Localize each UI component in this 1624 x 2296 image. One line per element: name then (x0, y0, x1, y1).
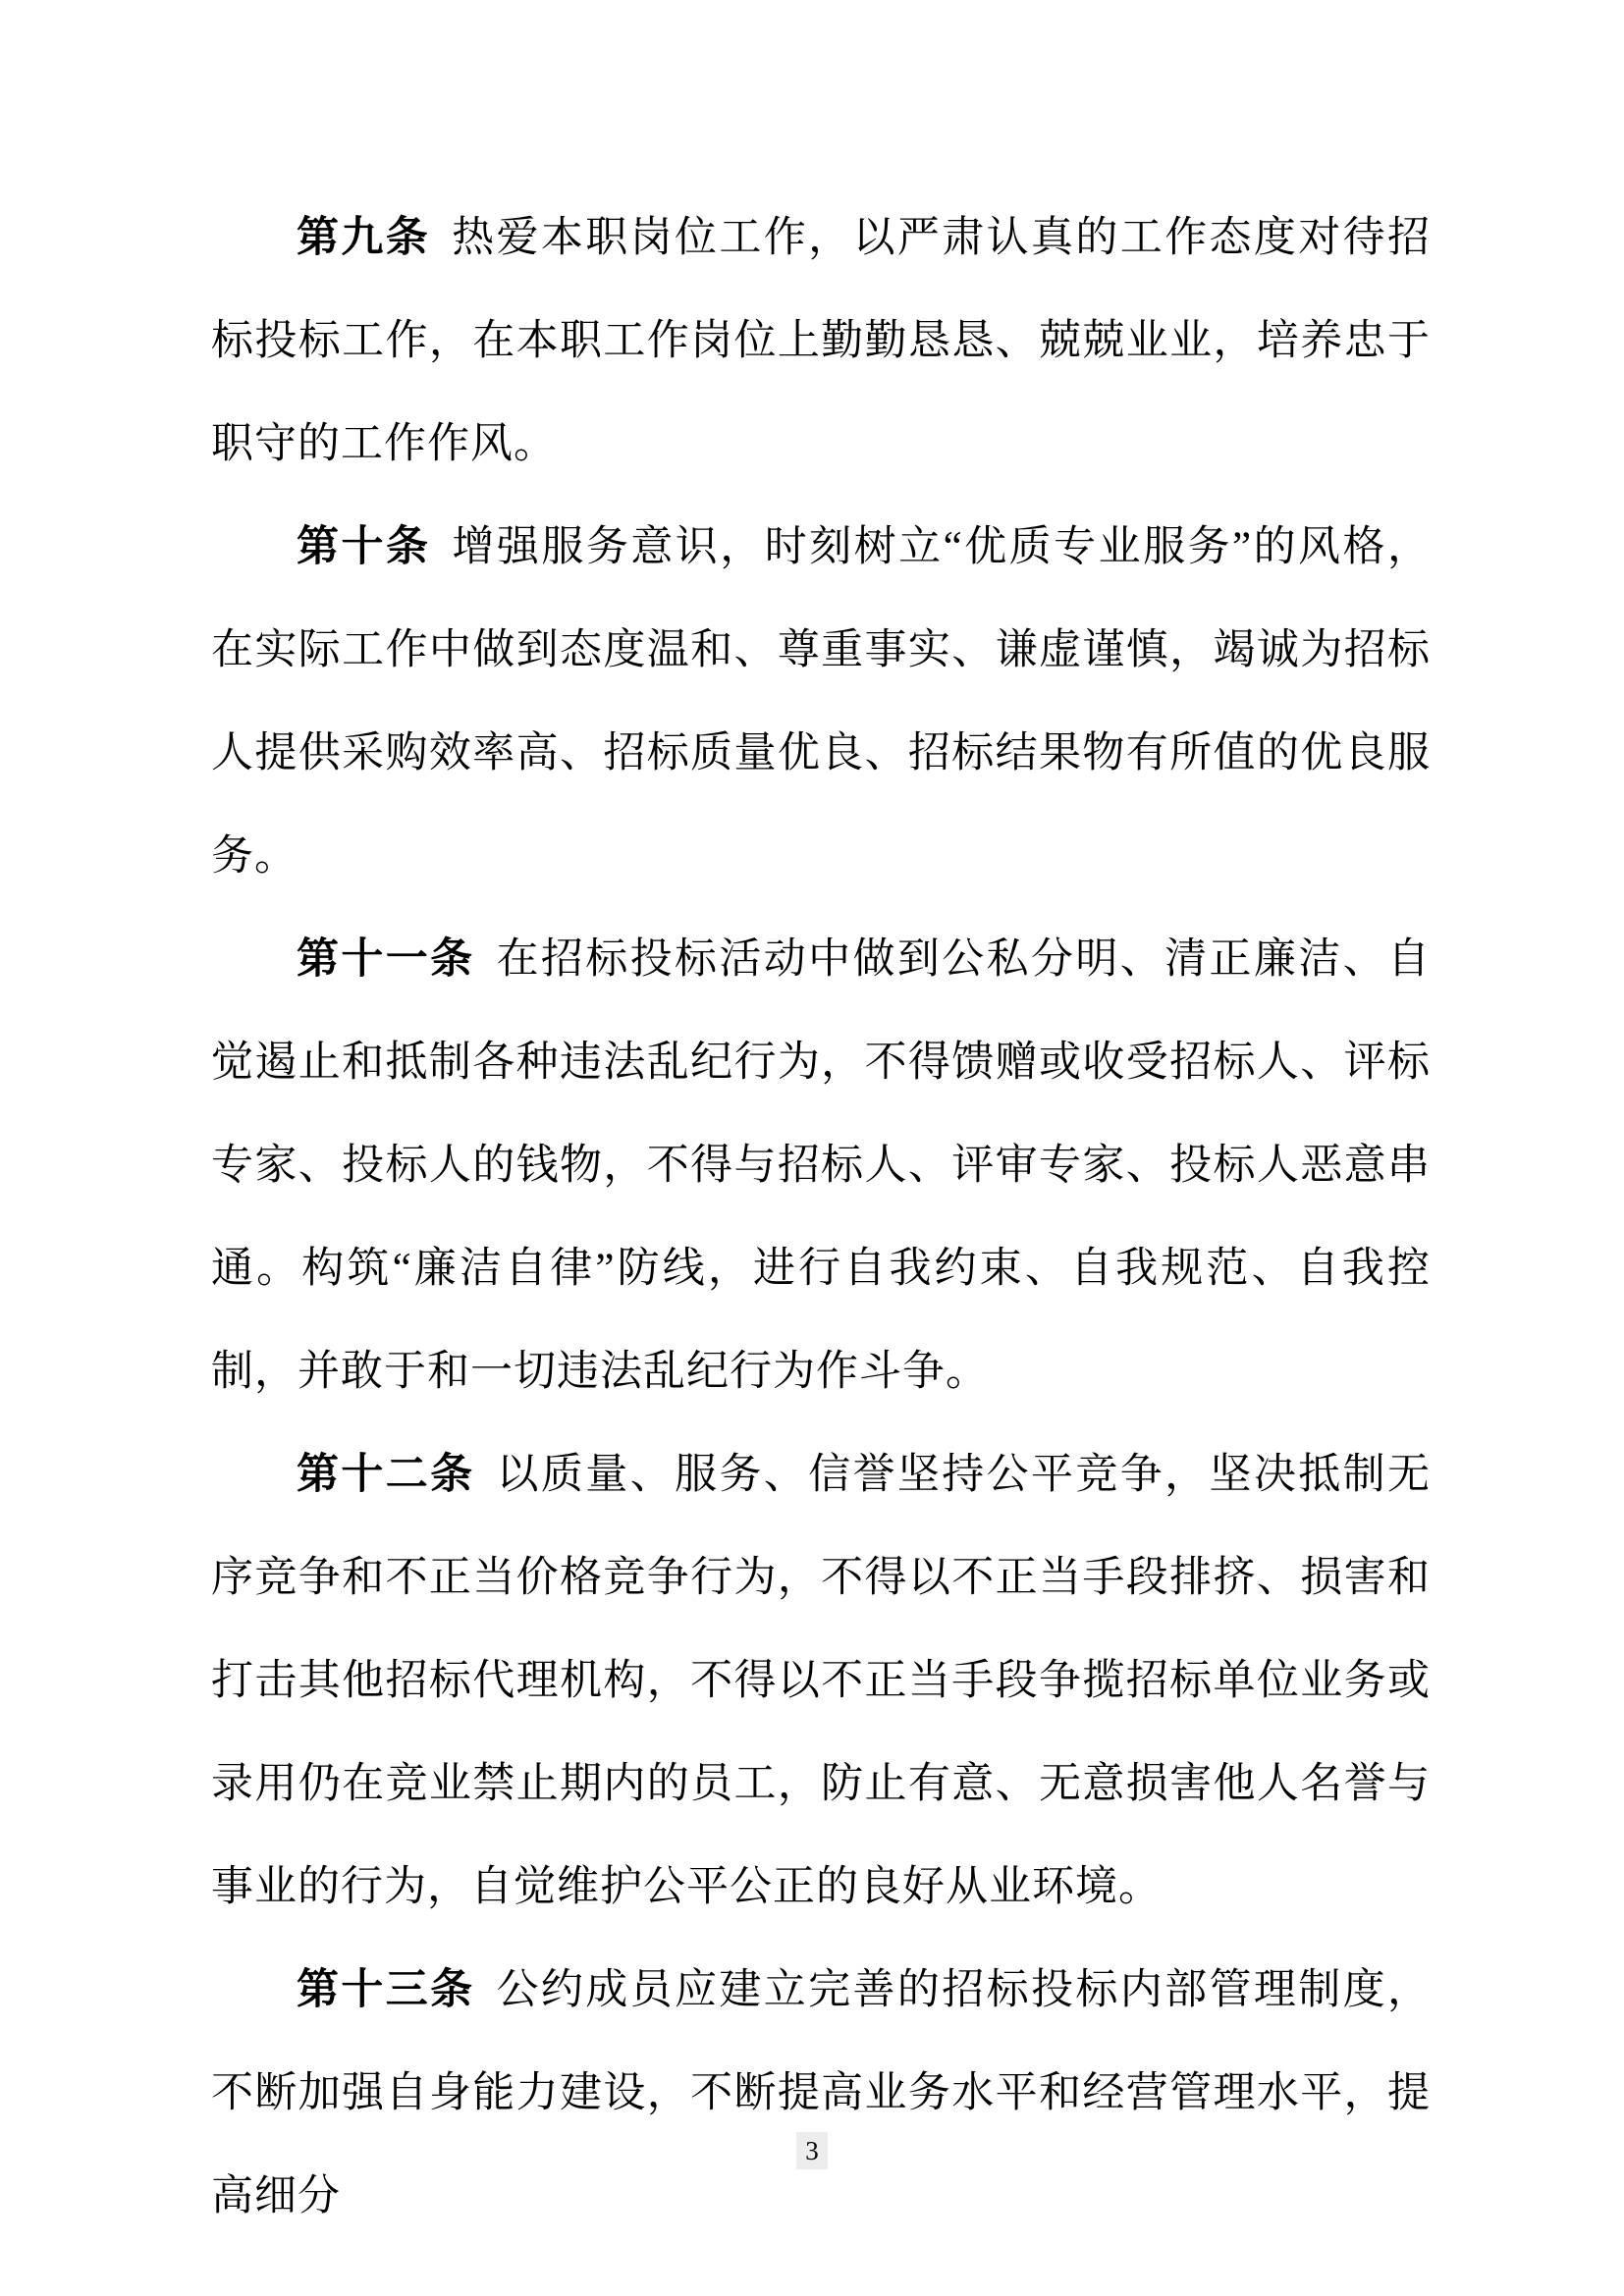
article-paragraph: 第十二条以质量、服务、信誉坚持公平竞争，坚决抵制无序竞争和不正当价格竞争行为，不… (211, 1423, 1431, 1939)
page-footer: 3 (0, 2132, 1624, 2169)
article-text: 增强服务意识，时刻树立“优质专业服务”的风格，在实际工作中做到态度温和、尊重事实… (211, 524, 1431, 880)
article-number: 第十三条 (297, 1967, 475, 2013)
article-number: 第十一条 (297, 936, 475, 983)
article-paragraph: 第十条增强服务意识，时刻树立“优质专业服务”的风格，在实际工作中做到态度温和、尊… (211, 496, 1431, 908)
document-page: 第九条热爱本职岗位工作，以严肃认真的工作态度对待招标投标工作，在本职工作岗位上勤… (0, 0, 1624, 2296)
article-number: 第十二条 (297, 1452, 475, 1498)
article-text: 以质量、服务、信誉坚持公平竞争，坚决抵制无序竞争和不正当价格竞争行为，不得以不正… (211, 1452, 1431, 1910)
document-body: 第九条热爱本职岗位工作，以严肃认真的工作态度对待招标投标工作，在本职工作岗位上勤… (211, 187, 1431, 2248)
article-text: 在招标投标活动中做到公私分明、清正廉洁、自觉遏止和抵制各种违法乱纪行为，不得馈赠… (211, 936, 1431, 1395)
article-paragraph: 第十三条公约成员应建立完善的招标投标内部管理制度，不断加强自身能力建设，不断提高… (211, 1939, 1431, 2248)
page-number: 3 (796, 2132, 828, 2169)
article-number: 第九条 (297, 215, 430, 261)
article-paragraph: 第十一条在招标投标活动中做到公私分明、清正廉洁、自觉遏止和抵制各种违法乱纪行为，… (211, 908, 1431, 1423)
article-paragraph: 第九条热爱本职岗位工作，以严肃认真的工作态度对待招标投标工作，在本职工作岗位上勤… (211, 187, 1431, 496)
article-number: 第十条 (297, 524, 430, 570)
